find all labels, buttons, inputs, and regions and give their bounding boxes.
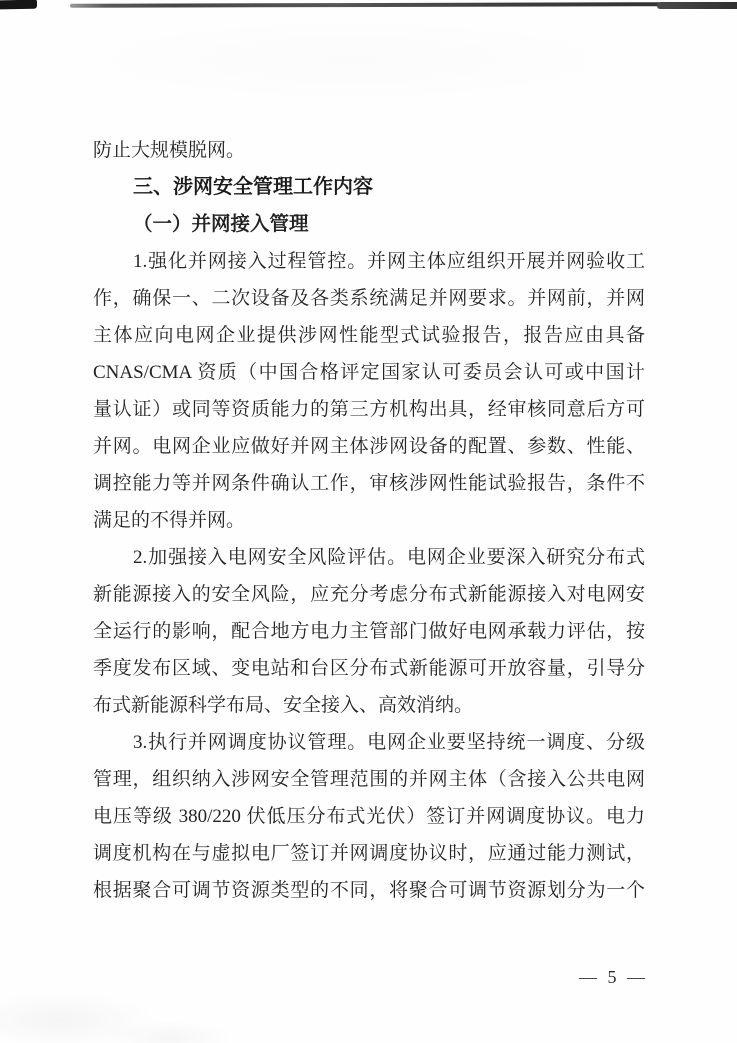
scan-artifact-top-left — [0, 0, 37, 9]
text-line: CNAS/CMA 资质（中国合格评定国家认可委员会认可或中国计 — [93, 354, 645, 391]
text-line: 新能源接入的安全风险，应充分考虑分布式新能源接入对电网安 — [93, 576, 645, 613]
text-line: 调度机构在与虚拟电厂签订并网调度协议时，应通过能力测试， — [93, 835, 645, 872]
scan-artifact-top-line — [70, 2, 660, 8]
text-line: 防止大规模脱网。 — [93, 132, 645, 169]
page-number: — 5 — — [579, 964, 648, 990]
text-line: 主体应向电网企业提供涉网性能型式试验报告，报告应由具备 — [93, 317, 645, 354]
text-line: 满足的不得并网。 — [93, 502, 645, 539]
text-line: 1.强化并网接入过程管控。并网主体应组织开展并网验收工 — [93, 243, 645, 280]
scan-artifact-top-right — [657, 2, 737, 9]
document-page: 防止大规模脱网。三、涉网安全管理工作内容（一）并网接入管理1.强化并网接入过程管… — [0, 0, 737, 1043]
text-line: 全运行的影响，配合地方电力主管部门做好电网承载力评估，按 — [93, 613, 645, 650]
text-line: 作，确保一、二次设备及各类系统满足并网要求。并网前，并网 — [93, 280, 645, 317]
text-line: 管理，组织纳入涉网安全管理范围的并网主体（含接入公共电网 — [93, 761, 645, 798]
text-line: 根据聚合可调节资源类型的不同，将聚合可调节资源划分为一个 — [93, 872, 645, 909]
text-line: 2.加强接入电网安全风险评估。电网企业要深入研究分布式 — [93, 539, 645, 576]
section-heading: 三、涉网安全管理工作内容 — [93, 169, 645, 206]
subsection-heading: （一）并网接入管理 — [93, 206, 645, 243]
text-line: 量认证）或同等资质能力的第三方机构出具，经审核同意后方可 — [93, 391, 645, 428]
text-line: 布式新能源科学布局、安全接入、高效消纳。 — [93, 687, 645, 724]
text-line: 并网。电网企业应做好并网主体涉网设备的配置、参数、性能、 — [93, 428, 645, 465]
text-line: 季度发布区域、变电站和台区分布式新能源可开放容量，引导分 — [93, 650, 645, 687]
text-line: 3.执行并网调度协议管理。电网企业要坚持统一调度、分级 — [93, 724, 645, 761]
text-block: 防止大规模脱网。三、涉网安全管理工作内容（一）并网接入管理1.强化并网接入过程管… — [93, 132, 645, 909]
text-line: 电压等级 380/220 伏低压分布式光伏）签订并网调度协议。电力 — [93, 798, 645, 835]
text-line: 调控能力等并网条件确认工作，审核涉网性能试验报告，条件不 — [93, 465, 645, 502]
